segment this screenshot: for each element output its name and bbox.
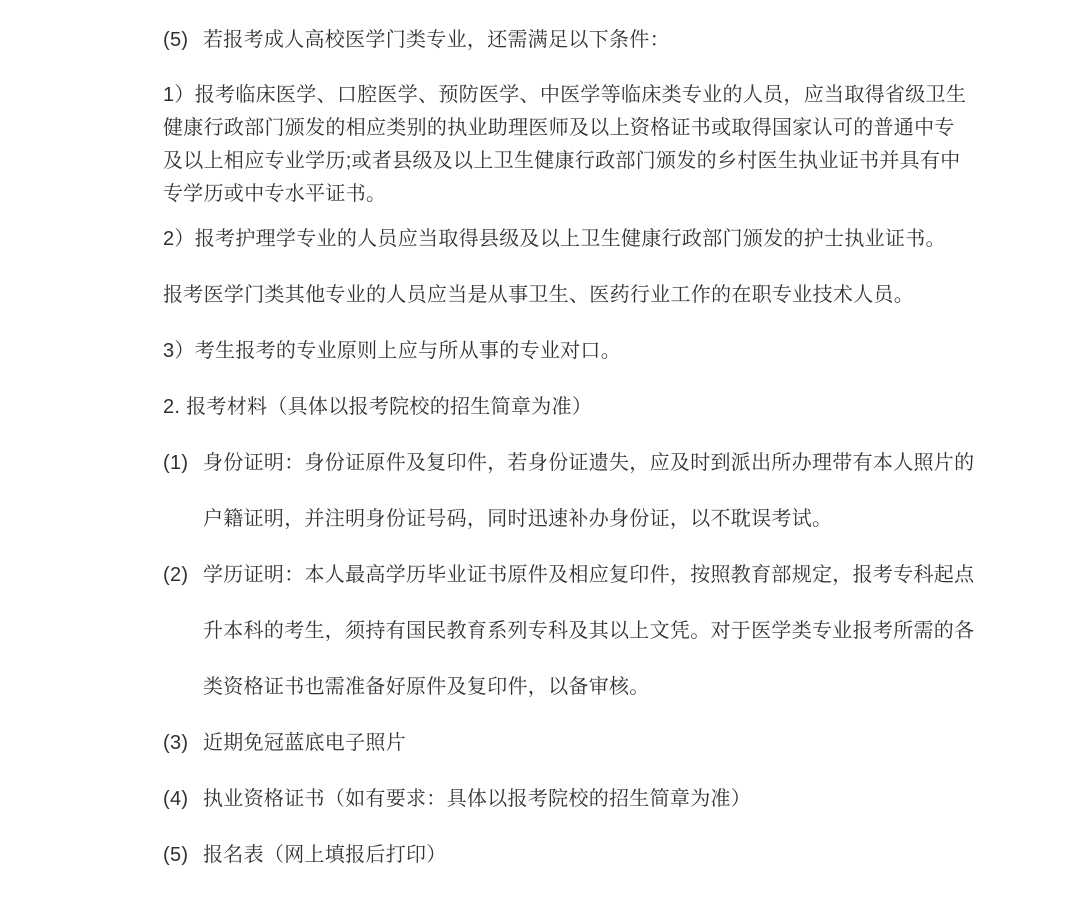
text-line: 类资格证书也需准备好原件及复印件，以备审核。 [203,659,1040,715]
list-marker: (5) [163,827,188,883]
document-page: (5) 若报考成人高校医学门类专业，还需满足以下条件： 1）报考临床医学、口腔医… [0,0,1080,900]
material-item-3: (3) 近期免冠蓝底电子照片 [163,715,1040,771]
text-line: 报考医学门类其他专业的人员应当是从事卫生、医药行业工作的在职专业技术人员。 [163,267,1040,323]
text-line: 3）考生报考的专业原则上应与所从事的专业对口。 [163,323,1040,379]
list-marker: (5) [163,12,188,68]
text-line: 户籍证明，并注明身份证号码，同时迅速补办身份证，以不耽误考试。 [203,491,1040,547]
list-marker: (1) [163,435,188,491]
text-line: 若报考成人高校医学门类专业，还需满足以下条件： [203,12,1040,68]
material-item-1: (1) 身份证明：身份证原件及复印件，若身份证遗失，应及时到派出所办理带有本人照… [163,435,1040,547]
text-line: 报名表（网上填报后打印） [203,827,1040,883]
other-majors-paragraph: 报考医学门类其他专业的人员应当是从事卫生、医药行业工作的在职专业技术人员。 [163,267,1040,323]
sub-item-1-paragraph: 1）报考临床医学、口腔医学、预防医学、中医学等临床类专业的人员，应当取得省级卫生… [163,79,1040,211]
section-2-heading: 2. 报考材料（具体以报考院校的招生简章为准） [163,379,1040,435]
text-line: 执业资格证书（如有要求：具体以报考院校的招生简章为准） [203,771,1040,827]
text-line: 身份证明：身份证原件及复印件，若身份证遗失，应及时到派出所办理带有本人照片的 [203,435,1040,491]
material-item-2: (2) 学历证明：本人最高学历毕业证书原件及相应复印件，按照教育部规定，报考专科… [163,547,1040,715]
list-marker: (3) [163,715,188,771]
sub-item-3-paragraph: 3）考生报考的专业原则上应与所从事的专业对口。 [163,323,1040,379]
material-item-5: (5) 报名表（网上填报后打印） [163,827,1040,883]
text-line: 及以上相应专业学历;或者县级及以上卫生健康行政部门颁发的乡村医生执业证书并具有中 [163,145,1040,178]
text-line: 1）报考临床医学、口腔医学、预防医学、中医学等临床类专业的人员，应当取得省级卫生 [163,79,1040,112]
clause-5-intro: (5) 若报考成人高校医学门类专业，还需满足以下条件： [163,12,1040,68]
text-line: 学历证明：本人最高学历毕业证书原件及相应复印件，按照教育部规定，报考专科起点 [203,547,1040,603]
text-line: 2）报考护理学专业的人员应当取得县级及以上卫生健康行政部门颁发的护士执业证书。 [163,211,1040,267]
text-line: 升本科的考生，须持有国民教育系列专科及其以上文凭。对于医学类专业报考所需的各 [203,603,1040,659]
sub-item-2-paragraph: 2）报考护理学专业的人员应当取得县级及以上卫生健康行政部门颁发的护士执业证书。 [163,211,1040,267]
text-line: 近期免冠蓝底电子照片 [203,715,1040,771]
list-marker: (4) [163,771,188,827]
text-line: 2. 报考材料（具体以报考院校的招生简章为准） [163,379,1040,435]
material-item-4: (4) 执业资格证书（如有要求：具体以报考院校的招生简章为准） [163,771,1040,827]
text-line: 健康行政部门颁发的相应类别的执业助理医师及以上资格证书或取得国家认可的普通中专 [163,112,1040,145]
text-line: 专学历或中专水平证书。 [163,178,1040,211]
list-marker: (2) [163,547,188,603]
